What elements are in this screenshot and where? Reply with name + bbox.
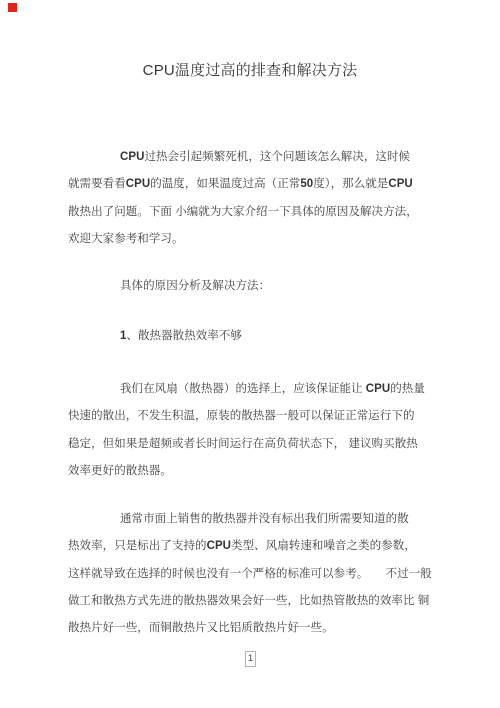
corner-logo-mark (8, 3, 17, 12)
section-heading: 具体的原因分析及解决方法： (68, 273, 428, 300)
paragraph-line: CPU过热会引起频繁死机，这个问题该怎么解决，这时候 (68, 144, 428, 171)
page-number-box: 1 (245, 651, 256, 667)
paragraph-line: 散热片好一些，而铜散热片又比铝质散热片好一些。 (68, 615, 428, 642)
paragraph-line: 通常市面上销售的散热器并没有标出我们所需要知道的散 (68, 506, 428, 533)
paragraph-line: 效率更好的散热器。 (68, 458, 428, 485)
paragraph-line: 快速的散出，不发生积温，原装的散热器一般可以保证正常运行下的 (68, 403, 428, 430)
paragraph-market-coolers: 通常市面上销售的散热器并没有标出我们所需要知道的散 热效率，只是标出了支持的CP… (68, 506, 428, 642)
page-number: 1 (248, 653, 253, 664)
list-item-heading-line: 1、散热器散热效率不够 (68, 323, 428, 350)
paragraph-intro: CPU过热会引起频繁死机，这个问题该怎么解决，这时候 就需要看看CPU的温度，如… (68, 144, 428, 253)
document-title: CPU温度过高的排查和解决方法 (0, 61, 500, 81)
paragraph-line: 我们在风扇（散热器）的选择上，应该保证能让 CPU的热量 (68, 376, 428, 403)
paragraph-line: 散热出了问题。下面 小编就为大家介绍一下具体的原因及解决方法， (68, 199, 428, 226)
document-page: CPU温度过高的排查和解决方法 CPU过热会引起频繁死机，这个问题该怎么解决，这… (0, 0, 500, 708)
paragraph-line: 稳定，但如果是超频或者长时间运行在高负荷状态下， 建议购买散热 (68, 431, 428, 458)
paragraph-line: 热效率，只是标出了支持的CPU类型、风扇转速和噪音之类的参数， (68, 533, 428, 560)
paragraph-line: 这样就导致在选择的时候也没有一个严格的标准可以参考。 不过一般 (68, 561, 428, 588)
paragraph-line: 做工和散热方式先进的散热器效果会好一些，比如热管散热的效率比 铜 (68, 588, 428, 615)
section-heading-line: 具体的原因分析及解决方法： (68, 273, 428, 300)
list-item-heading: 1、散热器散热效率不够 (68, 323, 428, 350)
paragraph-line: 欢迎大家参考和学习。 (68, 226, 428, 253)
paragraph-line: 就需要看看CPU的温度，如果温度过高（正常50度），那么就是CPU (68, 171, 428, 198)
paragraph-fan-choice: 我们在风扇（散热器）的选择上，应该保证能让 CPU的热量 快速的散出，不发生积温… (68, 376, 428, 485)
